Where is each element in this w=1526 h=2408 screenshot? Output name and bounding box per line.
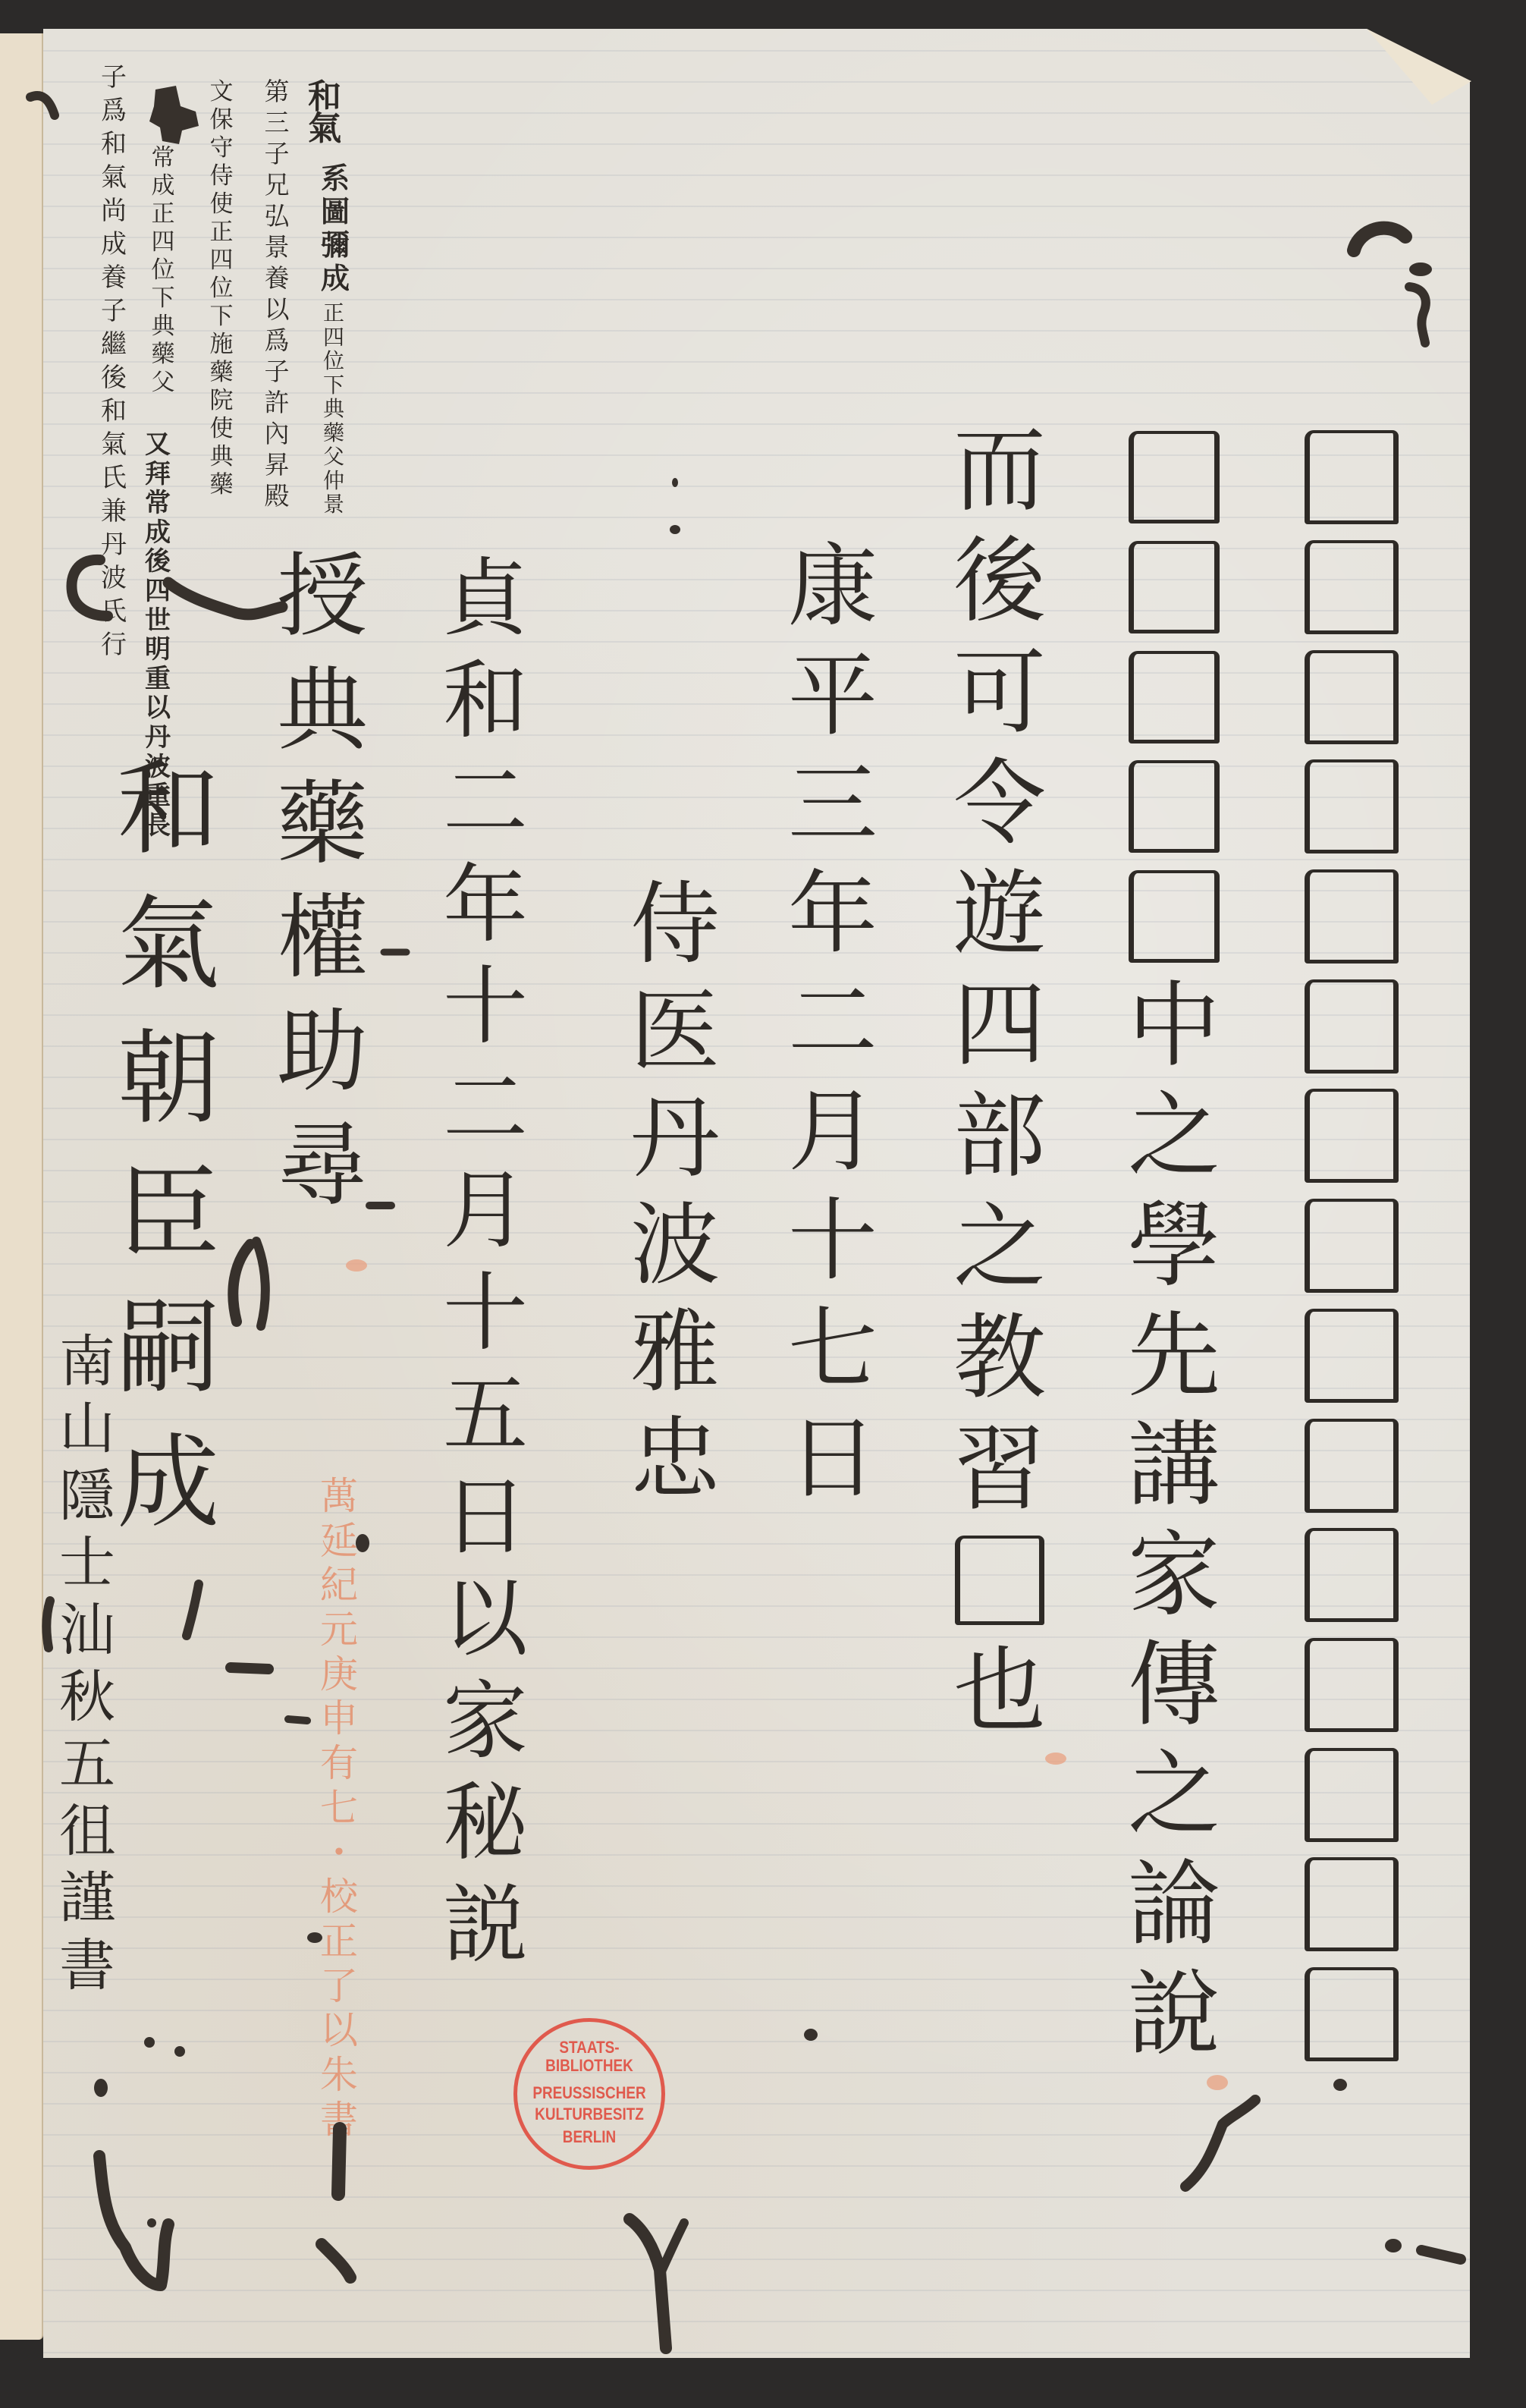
glyph: 氣 bbox=[95, 428, 133, 461]
glyph: 施 bbox=[203, 331, 240, 359]
glyph: 下 bbox=[203, 303, 240, 331]
glyph: 成 bbox=[95, 228, 133, 261]
glyph: 謹 bbox=[49, 1865, 125, 1932]
marginal-note-2: 第三子兄弘景養以爲子許內昇殿 bbox=[258, 76, 296, 511]
glyph: 守 bbox=[203, 134, 240, 162]
glyph: 隱 bbox=[49, 1463, 125, 1529]
glyph: 朱 bbox=[312, 2053, 366, 2098]
glyph: 先 bbox=[1121, 1301, 1227, 1411]
glyph: 彌 bbox=[312, 228, 358, 262]
glyph: 養 bbox=[258, 262, 296, 294]
glyph: 學 bbox=[1121, 1191, 1227, 1301]
glyph: 院 bbox=[203, 387, 240, 415]
glyph: 位 bbox=[144, 256, 182, 284]
glyph: 藥 bbox=[144, 341, 182, 369]
glyph: 內 bbox=[258, 418, 296, 449]
glyph: 又 bbox=[137, 430, 179, 460]
glyph: 常 bbox=[137, 489, 179, 518]
marginal-note-1-name: 系圖彌成 bbox=[312, 162, 358, 295]
blank-placeholder-box: □ bbox=[1302, 1301, 1401, 1411]
glyph: 典 bbox=[265, 654, 379, 768]
transmission-column: 授典藥權助尋 bbox=[265, 540, 379, 1223]
glyph: 爲 bbox=[95, 94, 133, 127]
blank-placeholder-box: □ bbox=[1121, 642, 1227, 752]
blank-placeholder-box: □ bbox=[1302, 1520, 1401, 1630]
glyph: 校 bbox=[312, 1875, 366, 1919]
glyph: 元 bbox=[312, 1608, 366, 1652]
glyph: 保 bbox=[203, 106, 240, 134]
glyph: 傳 bbox=[1121, 1630, 1227, 1740]
glyph: ・ bbox=[312, 1831, 366, 1875]
glyph: 雅 bbox=[618, 1299, 732, 1406]
blank-placeholder-box: □ bbox=[1302, 752, 1401, 862]
glyph: 父 bbox=[315, 445, 353, 469]
glyph: 部 bbox=[943, 1081, 1057, 1192]
glyph: 遊 bbox=[943, 859, 1057, 970]
glyph: 南 bbox=[49, 1328, 125, 1395]
glyph: 殿 bbox=[258, 480, 296, 511]
blank-placeholder-box: □ bbox=[1302, 642, 1401, 752]
marginal-note-1-detail: 正四位下典藥父仲景 bbox=[315, 301, 353, 517]
glyph: 説 bbox=[429, 1875, 542, 1977]
glyph: 秘 bbox=[429, 1772, 542, 1875]
glyph: 十 bbox=[776, 1187, 890, 1296]
glyph: 繼 bbox=[95, 328, 133, 361]
glyph: 論 bbox=[1121, 1850, 1227, 1960]
glyph: 四 bbox=[144, 228, 182, 256]
glyph: 文 bbox=[203, 78, 240, 106]
glyph: 氣 bbox=[294, 113, 355, 145]
glyph: 後 bbox=[137, 547, 179, 577]
glyph: 使 bbox=[203, 190, 240, 218]
marginal-note-1-head: 和氣 bbox=[294, 81, 355, 145]
glyph: 正 bbox=[312, 1919, 366, 1964]
glyph: 和 bbox=[429, 650, 542, 753]
glyph: 令 bbox=[943, 748, 1057, 859]
stamp-line-5: BERLIN bbox=[527, 2128, 651, 2146]
scribe-colophon-column: 南山隱士汕秋五徂謹書 bbox=[49, 1328, 125, 1999]
glyph: 系 bbox=[312, 162, 358, 195]
glyph: 權 bbox=[265, 882, 379, 995]
glyph: 書 bbox=[312, 2098, 366, 2142]
glyph: 景 bbox=[315, 492, 353, 517]
glyph: 年 bbox=[429, 854, 542, 957]
blank-placeholder-box: □ bbox=[1121, 423, 1227, 533]
glyph: 講 bbox=[1121, 1410, 1227, 1520]
glyph: 五 bbox=[429, 1364, 542, 1466]
glyph: 五 bbox=[49, 1731, 125, 1797]
blank-placeholder-box: □ bbox=[1302, 1410, 1401, 1520]
glyph: 七 bbox=[312, 1786, 366, 1831]
glyph: 有 bbox=[312, 1741, 366, 1786]
glyph: 氏 bbox=[95, 461, 133, 495]
glyph: 和 bbox=[104, 742, 233, 877]
stamp-line-2: BIBLIOTHEK bbox=[527, 2057, 651, 2075]
glyph: 助 bbox=[265, 995, 379, 1109]
glyph: 庚 bbox=[312, 1652, 366, 1697]
glyph: 氣 bbox=[95, 161, 133, 194]
glyph: 之 bbox=[1121, 1740, 1227, 1850]
glyph: 拜 bbox=[137, 460, 179, 489]
glyph: 重 bbox=[137, 665, 179, 694]
glyph: 朝 bbox=[104, 1011, 233, 1146]
glyph: 以 bbox=[137, 693, 179, 723]
glyph: 爲 bbox=[258, 325, 296, 356]
blank-placeholder-box: □ bbox=[1302, 1960, 1401, 2070]
glyph: 侍 bbox=[618, 871, 732, 978]
blank-placeholder-box: □ bbox=[1302, 1630, 1401, 1740]
glyph: 臣 bbox=[104, 1146, 233, 1281]
glyph: 秋 bbox=[49, 1664, 125, 1731]
stamp-line-3: PREUSSISCHER bbox=[527, 2084, 651, 2102]
glyph: 日 bbox=[429, 1466, 542, 1569]
glyph: 弘 bbox=[258, 200, 296, 231]
glyph: 四 bbox=[315, 325, 353, 350]
glyph: 康 bbox=[776, 533, 890, 642]
glyph: 後 bbox=[95, 361, 133, 395]
glyph: 波 bbox=[95, 561, 133, 595]
date-column-kohei: 康平三年二月十七日 bbox=[776, 533, 890, 1513]
marginal-note-4: 常成正四位下典藥父 bbox=[144, 144, 182, 397]
glyph: 延 bbox=[312, 1519, 366, 1564]
glyph: 紀 bbox=[312, 1563, 366, 1608]
glyph: 成 bbox=[137, 518, 179, 548]
glyph: 月 bbox=[776, 1077, 890, 1187]
glyph: 正 bbox=[203, 218, 240, 247]
glyph: 家 bbox=[429, 1671, 542, 1773]
glyph: 教 bbox=[943, 1303, 1057, 1413]
glyph: 藥 bbox=[203, 471, 240, 499]
glyph: 士 bbox=[49, 1529, 125, 1596]
blank-placeholder-box: □ bbox=[1302, 533, 1401, 643]
glyph: 位 bbox=[203, 275, 240, 303]
glyph: 平 bbox=[776, 642, 890, 751]
glyph: 第 bbox=[258, 76, 296, 107]
glyph: 十 bbox=[429, 956, 542, 1058]
blank-placeholder-box: □ bbox=[1121, 752, 1227, 862]
glyph: 正 bbox=[315, 301, 353, 325]
glyph: 典 bbox=[203, 443, 240, 471]
glyph: 忠 bbox=[618, 1406, 732, 1513]
glyph: 昇 bbox=[258, 449, 296, 480]
glyph: 常 bbox=[144, 144, 182, 172]
glyph: 年 bbox=[776, 860, 890, 969]
glyph: 下 bbox=[315, 373, 353, 398]
glyph: 習 bbox=[943, 1414, 1057, 1525]
glyph: 二 bbox=[776, 968, 890, 1077]
library-stamp: STAATS- BIBLIOTHEK PREUSSISCHER KULTURBE… bbox=[513, 2018, 665, 2170]
glyph: 明 bbox=[137, 635, 179, 665]
blank-placeholder-box: □ bbox=[1121, 862, 1227, 972]
glyph: 波 bbox=[618, 1192, 732, 1299]
date-column-jowa: 貞和二年十二月十五日以家秘説 bbox=[429, 548, 542, 1976]
glyph: 徂 bbox=[49, 1798, 125, 1865]
glyph: 萬 bbox=[312, 1474, 366, 1519]
glyph: 申 bbox=[312, 1696, 366, 1741]
glyph: 和 bbox=[294, 81, 355, 113]
blank-placeholder-box: □ bbox=[1302, 971, 1401, 1081]
blank-placeholder-box: □ bbox=[1121, 533, 1227, 643]
stamp-line-4: KULTURBESITZ bbox=[527, 2105, 651, 2124]
glyph: 以 bbox=[429, 1568, 542, 1671]
marginal-note-6: 子爲和氣尚成養子繼後和氣氏兼丹波氏行 bbox=[95, 61, 133, 662]
glyph: 二 bbox=[429, 752, 542, 854]
glyph: 二 bbox=[429, 1058, 542, 1161]
glyph: 山 bbox=[49, 1395, 125, 1462]
glyph: 四 bbox=[137, 577, 179, 606]
blank-placeholder-box: □ bbox=[1302, 1740, 1401, 1850]
glyph: 世 bbox=[137, 606, 179, 636]
glyph: 許 bbox=[258, 387, 296, 418]
glyph: 和 bbox=[95, 127, 133, 161]
glyph: 日 bbox=[776, 1404, 890, 1514]
glyph: 子 bbox=[95, 294, 133, 328]
glyph: 四 bbox=[203, 247, 240, 275]
glyph: 藥 bbox=[315, 421, 353, 445]
glyph: 子 bbox=[258, 356, 296, 387]
glyph: 之 bbox=[943, 1192, 1057, 1303]
glyph: 汕 bbox=[49, 1597, 125, 1664]
blank-placeholder-box: □ bbox=[1302, 1081, 1401, 1191]
adjacent-page-edge bbox=[0, 33, 43, 2340]
glyph: 了 bbox=[312, 1964, 366, 2009]
glyph: 正 bbox=[144, 200, 182, 228]
glyph: 書 bbox=[49, 1932, 125, 1999]
glyph: 後 bbox=[943, 526, 1057, 637]
glyph: 仲 bbox=[315, 469, 353, 493]
blank-placeholder-box: □ bbox=[1302, 1191, 1401, 1301]
glyph: 以 bbox=[258, 294, 296, 325]
glyph: 子 bbox=[258, 138, 296, 169]
glyph: 氏 bbox=[95, 595, 133, 628]
placeholder-box-column: □□□□□□□□□□□□□□□ bbox=[1302, 423, 1401, 2069]
red-collation-note: 萬延紀元庚申有七・校正了以朱書 bbox=[312, 1474, 366, 2142]
glyph: 兼 bbox=[95, 495, 133, 528]
author-column-masatada: 侍医丹波雅忠 bbox=[618, 871, 732, 1513]
glyph: 行 bbox=[95, 628, 133, 662]
glyph: 尋 bbox=[265, 1109, 379, 1223]
glyph: 圖 bbox=[312, 195, 358, 228]
glyph: 授 bbox=[265, 540, 379, 654]
blank-placeholder-box: □ bbox=[943, 1525, 1057, 1636]
glyph: 藥 bbox=[203, 359, 240, 387]
glyph: 貞 bbox=[429, 548, 542, 650]
blank-placeholder-box: □ bbox=[1302, 862, 1401, 972]
instruction-column: 而後可令遊四部之教習□也 bbox=[943, 415, 1057, 1747]
glyph: 以 bbox=[312, 2008, 366, 2053]
glyph: 位 bbox=[315, 349, 353, 373]
blank-placeholder-box: □ bbox=[1302, 1850, 1401, 1960]
glyph: 使 bbox=[203, 415, 240, 443]
glyph: 尚 bbox=[95, 194, 133, 228]
glyph: 十 bbox=[429, 1262, 542, 1365]
glyph: 三 bbox=[258, 107, 296, 138]
glyph: 家 bbox=[1121, 1520, 1227, 1630]
glyph: 医 bbox=[618, 978, 732, 1085]
glyph: 子 bbox=[95, 61, 133, 94]
glyph: 四 bbox=[943, 970, 1057, 1080]
blank-placeholder-box: □ bbox=[1302, 423, 1401, 533]
glyph: 可 bbox=[943, 637, 1057, 748]
stamp-line-1: STAATS- bbox=[527, 2039, 651, 2057]
glyph: 下 bbox=[144, 284, 182, 313]
marginal-note-3: 文保守侍使正四位下施藥院使典藥 bbox=[203, 78, 240, 499]
glyph: 成 bbox=[312, 262, 358, 295]
glyph: 養 bbox=[95, 261, 133, 294]
glyph: 也 bbox=[943, 1636, 1057, 1746]
glyph: 三 bbox=[776, 750, 890, 860]
glyph: 月 bbox=[429, 1160, 542, 1262]
glyph: 和 bbox=[95, 395, 133, 428]
glyph: 典 bbox=[144, 313, 182, 341]
lecture-heading-column: □□□□□中之學先講家傳之論說 bbox=[1121, 423, 1227, 2069]
glyph: 侍 bbox=[203, 162, 240, 190]
glyph: 氣 bbox=[104, 877, 233, 1012]
glyph: 藥 bbox=[265, 768, 379, 882]
glyph: 七 bbox=[776, 1295, 890, 1404]
glyph: 之 bbox=[1121, 1081, 1227, 1191]
glyph: 丹 bbox=[618, 1085, 732, 1192]
glyph: 成 bbox=[144, 172, 182, 200]
glyph: 說 bbox=[1121, 1960, 1227, 2070]
glyph: 景 bbox=[258, 231, 296, 262]
glyph: 而 bbox=[943, 415, 1057, 526]
glyph: 中 bbox=[1121, 971, 1227, 1081]
glyph: 丹 bbox=[95, 528, 133, 561]
glyph: 父 bbox=[144, 369, 182, 397]
glyph: 兄 bbox=[258, 169, 296, 200]
glyph: 典 bbox=[315, 397, 353, 421]
